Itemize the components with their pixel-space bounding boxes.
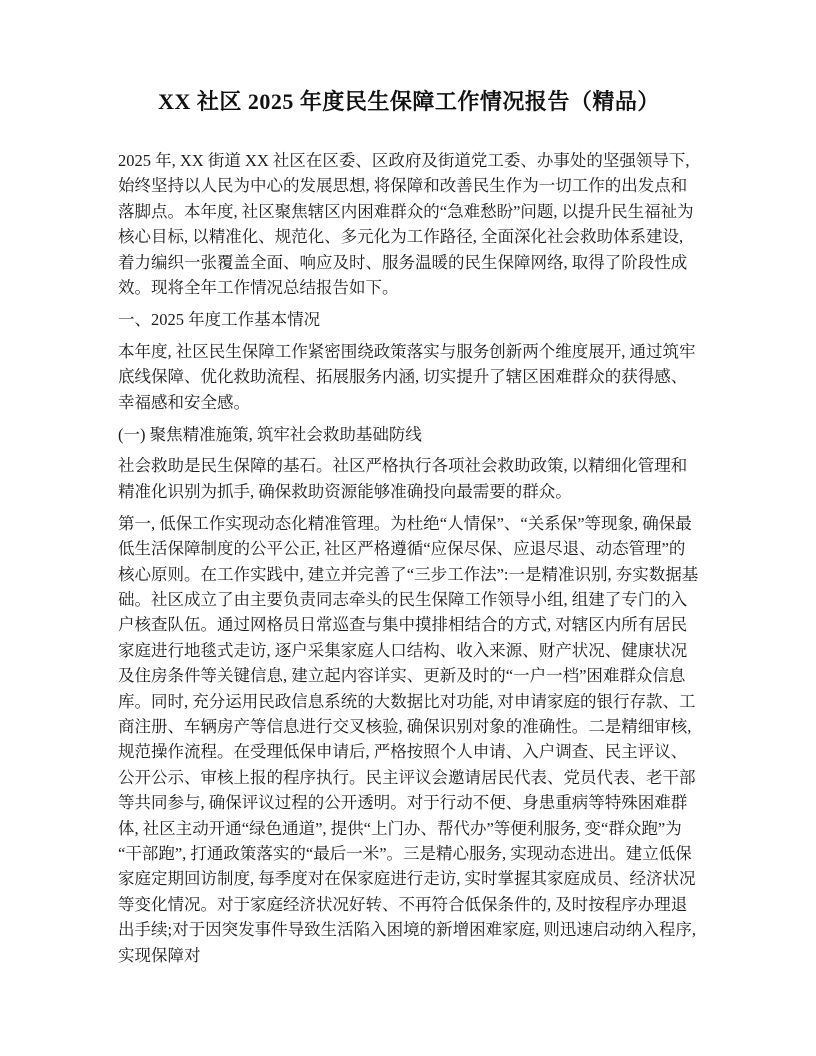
paragraph-intro: 2025 年, XX 街道 XX 社区在区委、区政府及街道党工委、办事处的坚强领… — [118, 148, 700, 300]
document-title: XX 社区 2025 年度民生保障工作情况报告（精品） — [118, 86, 700, 118]
document-page: XX 社区 2025 年度民生保障工作情况报告（精品） 2025 年, XX 街… — [0, 0, 816, 1056]
paragraph-section1-overview: 本年度, 社区民生保障工作紧密围绕政策落实与服务创新两个维度展开, 通过筑牢底线… — [118, 339, 700, 415]
document-content: XX 社区 2025 年度民生保障工作情况报告（精品） 2025 年, XX 街… — [118, 86, 700, 975]
subsection-heading-1-1: (一) 聚焦精准施策, 筑牢社会救助基础防线 — [118, 422, 700, 447]
paragraph-subsection-intro: 社会救助是民生保障的基石。社区严格执行各项社会救助政策, 以精细化管理和精准化识… — [118, 453, 700, 504]
paragraph-subsection-detail: 第一, 低保工作实现动态化精准管理。为杜绝“人情保”、“关系保”等现象, 确保最… — [118, 511, 700, 968]
section-heading-1: 一、2025 年度工作基本情况 — [118, 307, 700, 332]
